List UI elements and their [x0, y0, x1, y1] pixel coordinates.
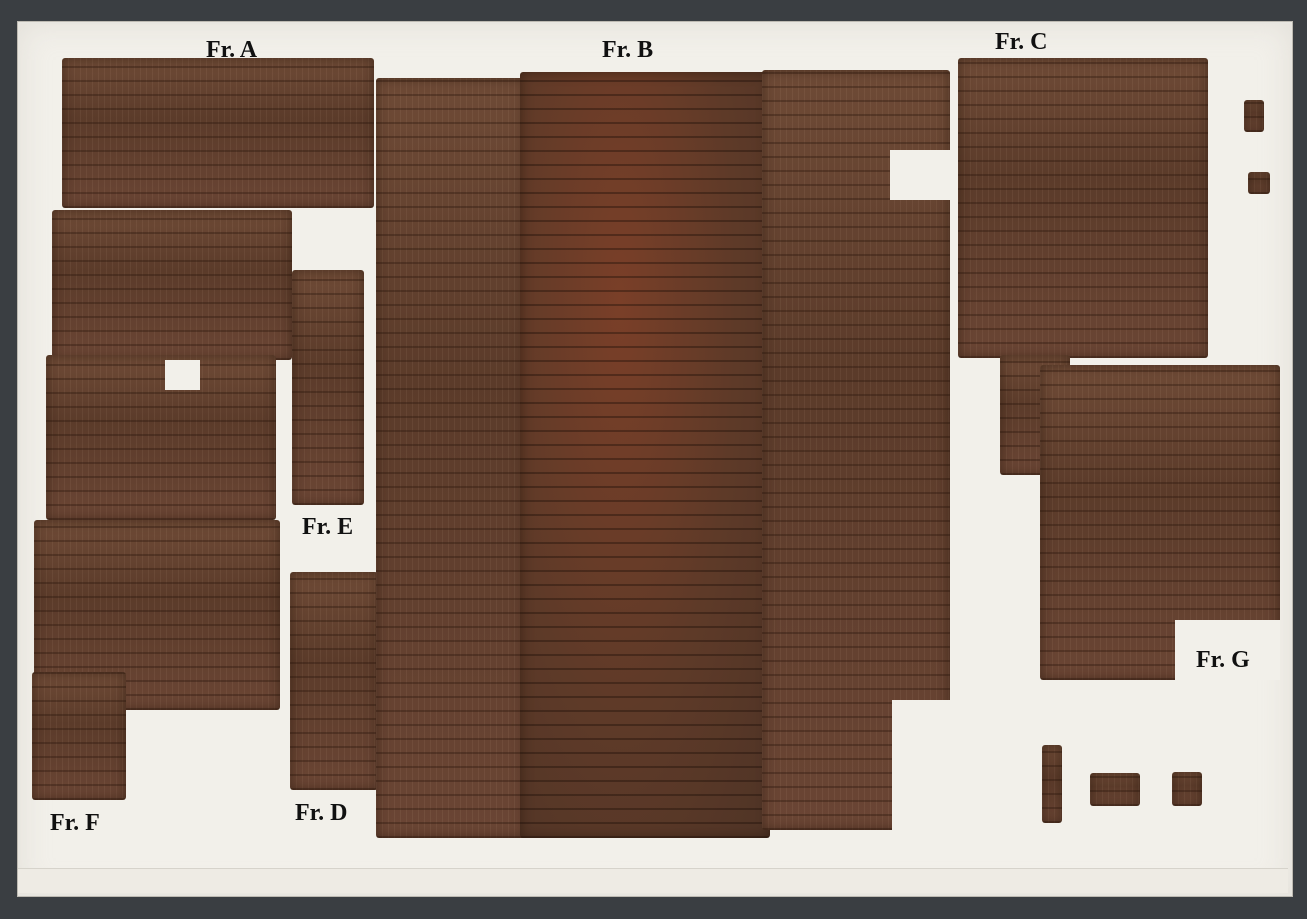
label-fragment-a: Fr. A — [206, 37, 257, 64]
label-fragment-c: Fr. C — [995, 29, 1047, 56]
fragment-b-notch — [890, 150, 950, 200]
label-fragment-f: Fr. F — [50, 810, 100, 837]
label-fragment-g: Fr. G — [1196, 647, 1250, 674]
fragment-e — [292, 270, 364, 505]
fragment-a-upper-mid — [52, 210, 292, 360]
scrap-top-right-1 — [1244, 100, 1264, 132]
scrap-bottom-1 — [1042, 745, 1062, 823]
fragment-c — [958, 58, 1208, 358]
fragment-f — [32, 672, 126, 800]
scrap-top-right-2 — [1248, 172, 1270, 194]
label-fragment-e: Fr. E — [302, 514, 353, 541]
label-fragment-d: Fr. D — [295, 800, 347, 827]
scrap-bottom-3 — [1172, 772, 1202, 806]
scrap-bottom-2 — [1090, 773, 1140, 806]
fragment-a-gap — [165, 360, 200, 390]
fragment-b-bottom-right-gap — [892, 700, 950, 840]
fragment-a-mid — [46, 355, 276, 520]
fragment-d — [290, 572, 378, 790]
fragment-b-left-strip — [376, 78, 526, 838]
fragment-a-top — [62, 58, 374, 208]
mount-bottom-edge — [18, 868, 1288, 893]
fragment-b-center — [520, 72, 770, 838]
label-fragment-b: Fr. B — [602, 37, 653, 64]
